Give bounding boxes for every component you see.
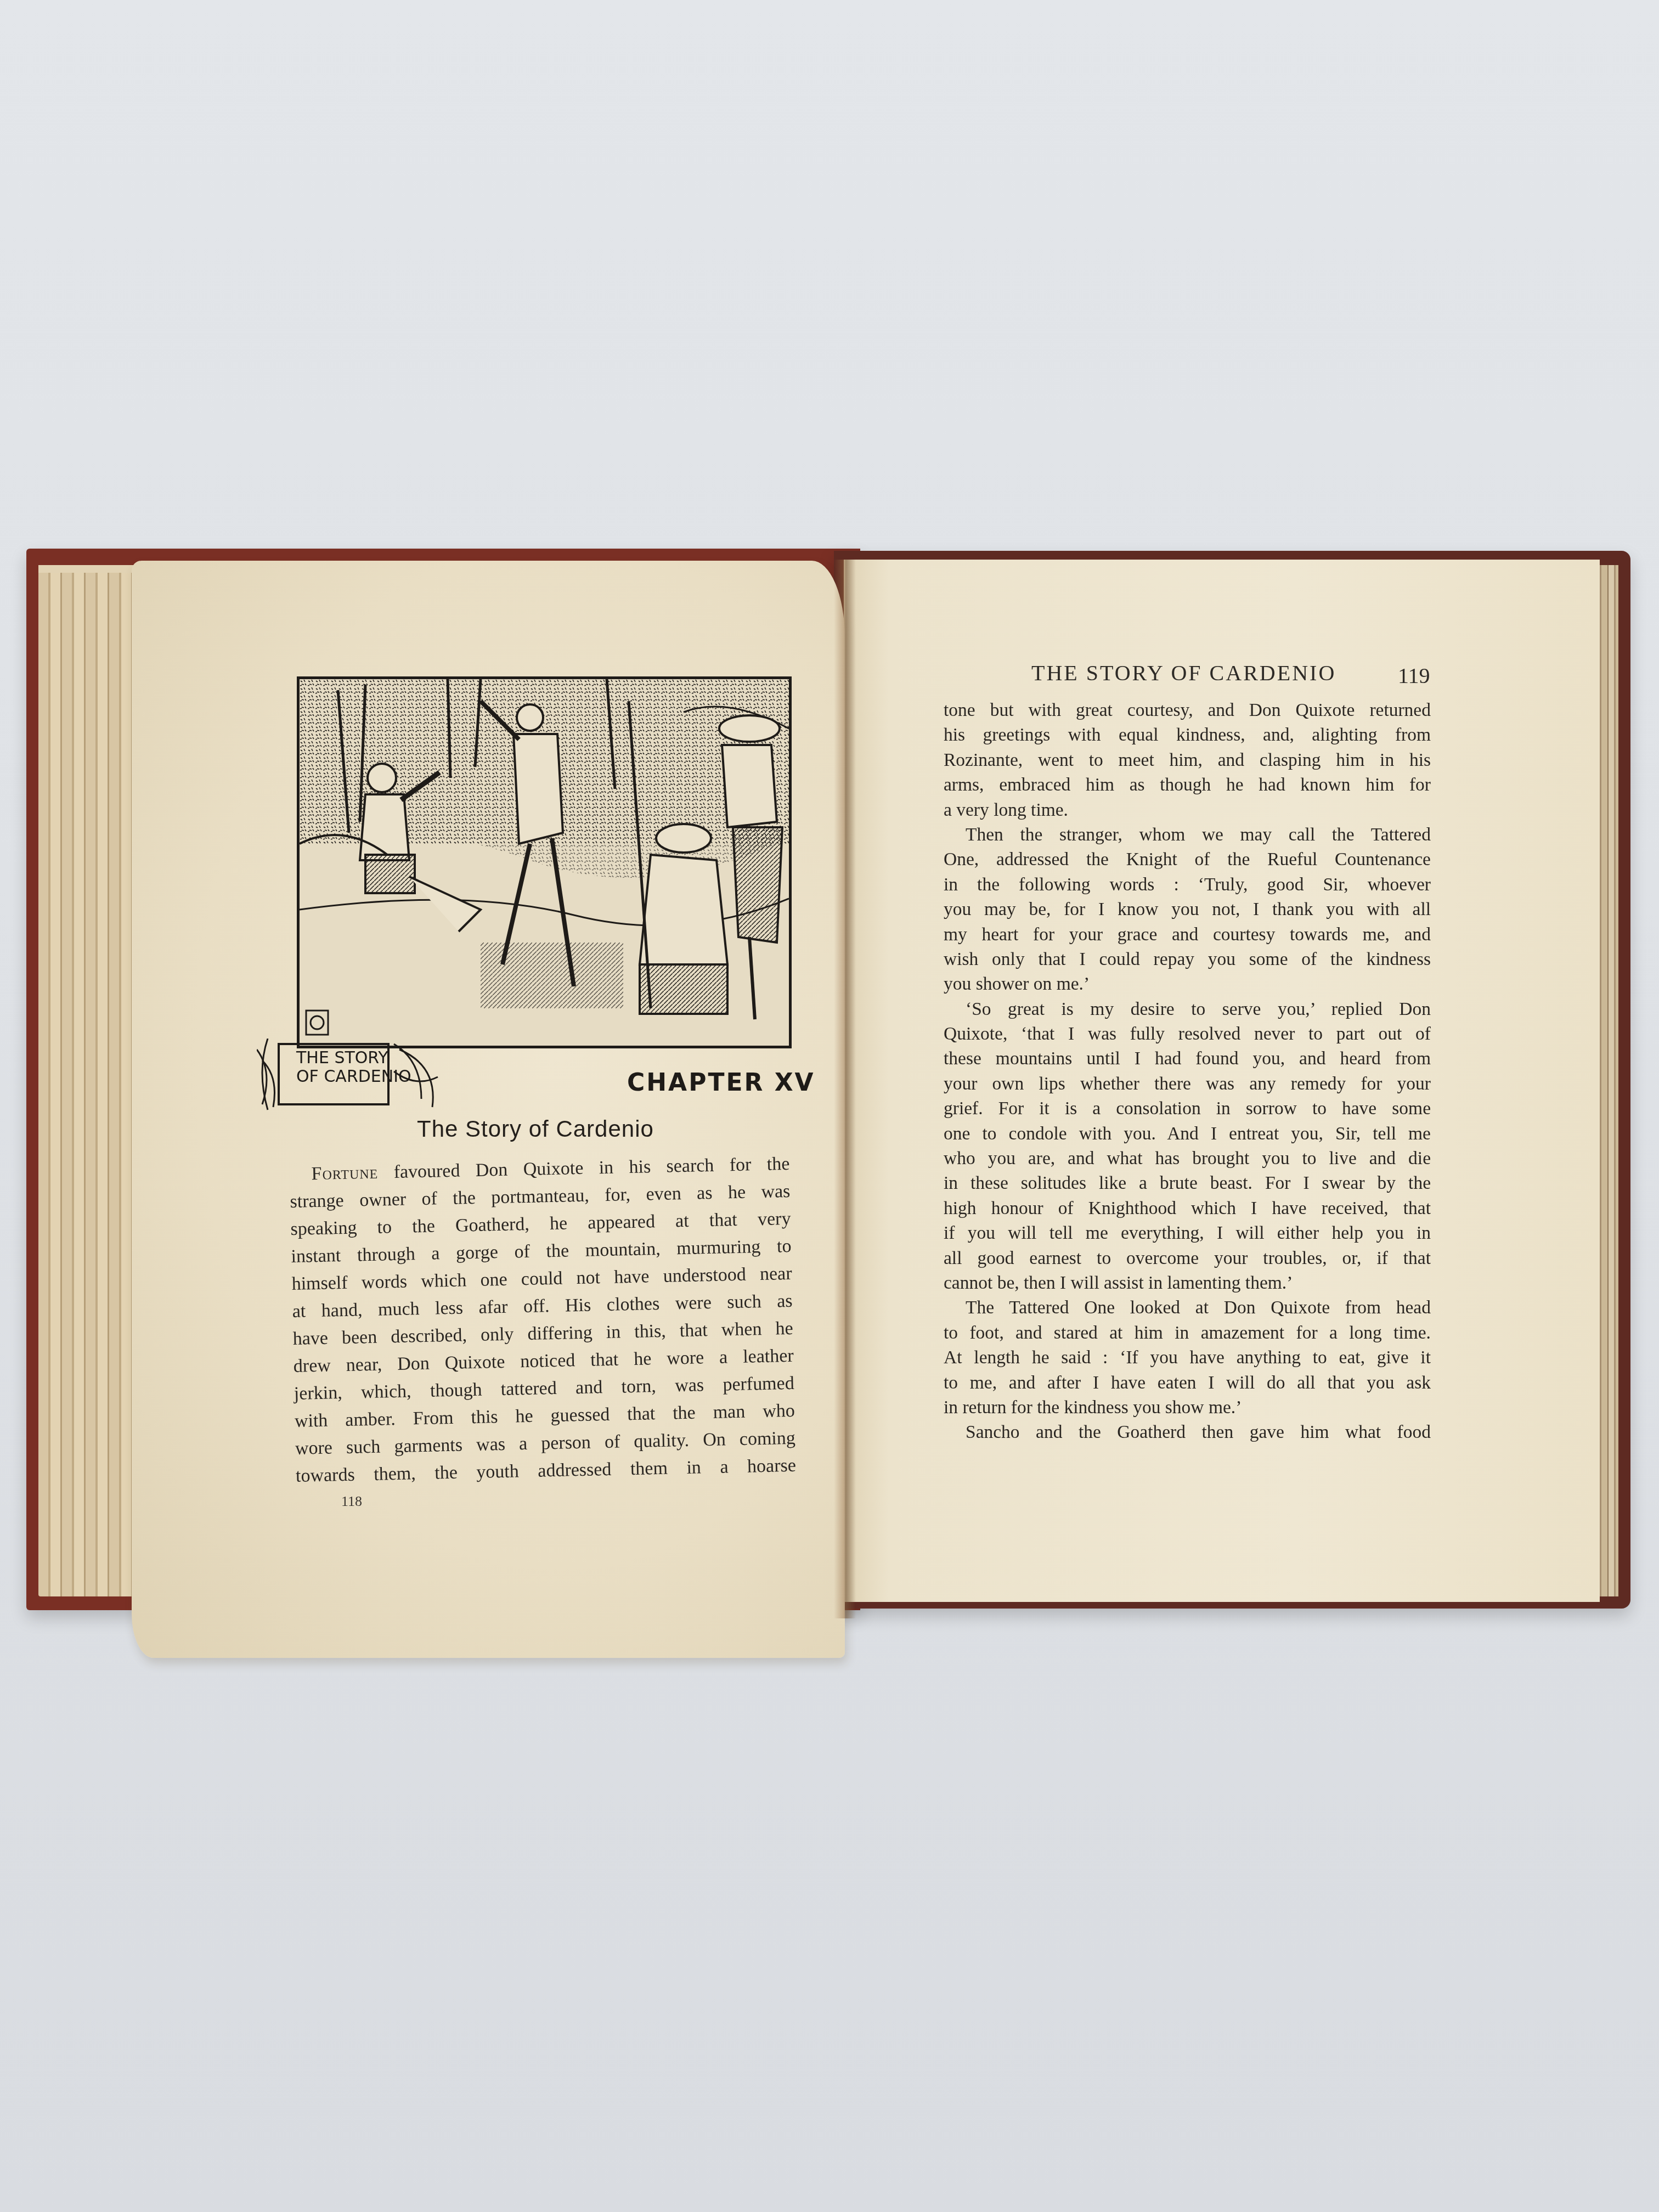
body-line: Sancho and the Goatherd then gave him wh… xyxy=(944,1420,1431,1444)
body-line: The Tattered One looked at Don Quixote f… xyxy=(944,1295,1431,1320)
body-line: arms, embraced him as though he had know… xyxy=(944,772,1431,797)
illustration-drawing xyxy=(300,679,789,1046)
body-line: One, addressed the Knight of the Rueful … xyxy=(944,847,1431,872)
body-line: Rozinante, went to meet him, and claspin… xyxy=(944,748,1431,772)
banner-label-line-1: THE STORY xyxy=(296,1049,411,1068)
chapter-illustration xyxy=(297,676,792,1048)
body-line: At length he said : ‘If you have anythin… xyxy=(944,1345,1431,1370)
body-line: cannot be, then I will assist in lamenti… xyxy=(944,1271,1431,1295)
book-gutter xyxy=(834,560,856,1618)
banner-label: THE STORY OF CARDENIO xyxy=(296,1049,411,1086)
body-line: you shower on me.’ xyxy=(944,972,1431,996)
body-line: ‘So great is my desire to serve you,’ re… xyxy=(944,997,1431,1022)
left-page-body: Fortune favoured Don Quixote in his sear… xyxy=(289,1150,796,1490)
body-line: a very long time. xyxy=(944,798,1431,822)
body-line: tone but with great courtesy, and Don Qu… xyxy=(944,698,1431,723)
monogram-icon xyxy=(306,1011,328,1035)
running-head: THE STORY OF CARDENIO xyxy=(1031,660,1336,686)
body-line: Then the stranger, whom we may call the … xyxy=(944,822,1431,847)
body-line: who you are, and what has brought you to… xyxy=(944,1146,1431,1171)
body-line: Quixote, ‘that I was fully resolved neve… xyxy=(944,1022,1431,1046)
body-line: wish only that I could repay you some of… xyxy=(944,947,1431,972)
body-line: in the following words : ‘Truly, good Si… xyxy=(944,872,1431,897)
page-number-left: 118 xyxy=(341,1493,362,1510)
body-line: your own lips whether there was any reme… xyxy=(944,1071,1431,1096)
banner-label-line-2: OF CARDENIO xyxy=(296,1068,411,1086)
body-line: high honour of Knighthood which I have r… xyxy=(944,1196,1431,1221)
body-line: in return for the kindness you show me.’ xyxy=(944,1395,1431,1420)
chapter-number: CHAPTER XV xyxy=(627,1069,815,1097)
body-line: these mountains until I had found you, a… xyxy=(944,1046,1431,1071)
body-line: my heart for your grace and courtesy tow… xyxy=(944,922,1431,947)
right-page-body: tone but with great courtesy, and Don Qu… xyxy=(944,698,1431,1445)
body-line: to foot, and stared at him in amazement … xyxy=(944,1321,1431,1345)
body-line: grief. For it is a consolation in sorrow… xyxy=(944,1096,1431,1121)
body-line: in these solitudes like a brute beast. F… xyxy=(944,1171,1431,1195)
body-line: if you will tell me everything, I will e… xyxy=(944,1221,1431,1245)
body-line: you may be, for I know you not, I thank … xyxy=(944,897,1431,922)
lead-word: Fortune xyxy=(311,1163,379,1184)
chapter-title: The Story of Cardenio xyxy=(417,1116,654,1142)
body-line: all good earnest to overcome your troubl… xyxy=(944,1246,1431,1271)
body-line: to me, and after I have eaten I will do … xyxy=(944,1370,1431,1395)
page-number-right: 119 xyxy=(1398,663,1430,689)
body-line: one to condole with you. And I entreat y… xyxy=(944,1121,1431,1146)
body-line: his greetings with equal kindness, and, … xyxy=(944,723,1431,747)
